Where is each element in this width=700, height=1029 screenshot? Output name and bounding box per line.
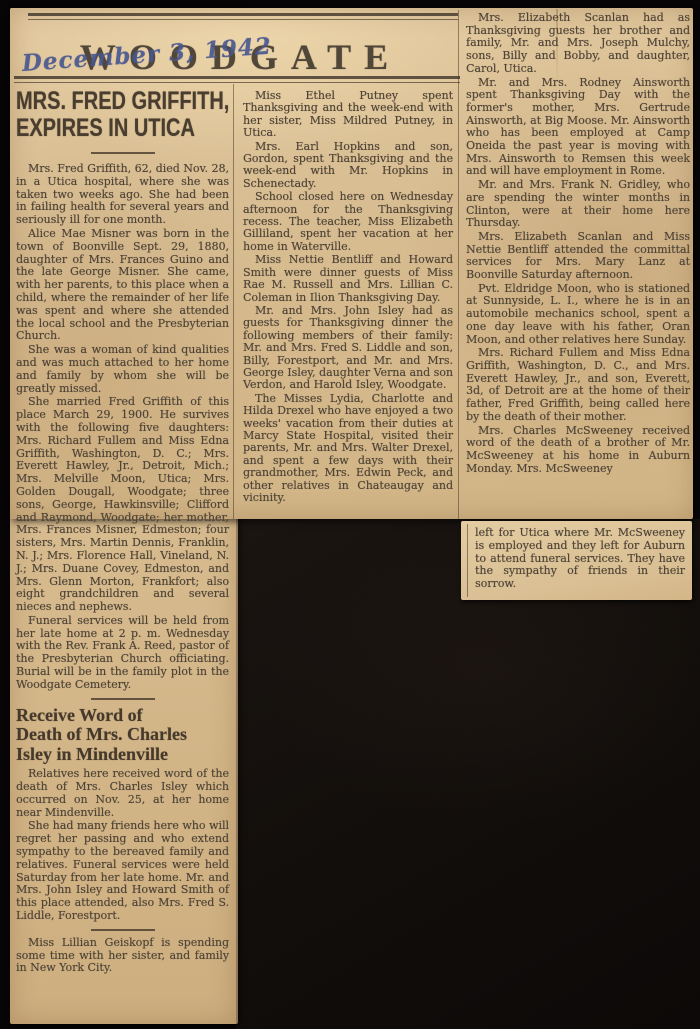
section-divider bbox=[91, 698, 155, 700]
obituary-headline-line: MRS. FRED GRIFFITH, bbox=[16, 88, 186, 115]
article-paragraph: Mrs. Charles McSweeney received word of … bbox=[466, 425, 690, 476]
obituary-headline-line: EXPIRES IN UTICA bbox=[16, 115, 186, 142]
article-paragraph: Alice Mae Misner was born in the town of… bbox=[16, 228, 229, 343]
isley-subheadline: Receive Word of Death of Mrs. Charles Is… bbox=[16, 706, 229, 765]
article-paragraph: Relatives here received word of the deat… bbox=[16, 768, 229, 819]
article-paragraph: Mr. and Mrs. Rodney Ainsworth spent Than… bbox=[466, 77, 690, 179]
article-paragraph: Miss Lillian Geiskopf is spending some t… bbox=[16, 937, 229, 975]
article-paragraph: She married Fred Griffith of this place … bbox=[16, 396, 229, 614]
article-paragraph: Mrs. Elizabeth Scanlan had as Thanksgivi… bbox=[466, 12, 690, 76]
article-paragraph: Mr. and Mrs. John Isley had as guests fo… bbox=[243, 305, 453, 392]
article-paragraph: Mr. and Mrs. Frank N. Gridley, who are s… bbox=[466, 179, 690, 230]
article-paragraph: She had many friends here who will regre… bbox=[16, 820, 229, 922]
clipping-fragment-piece: left for Utica where Mr. McSweeney is em… bbox=[461, 521, 692, 600]
isley-subheadline-line: Receive Word of bbox=[16, 706, 229, 726]
section-divider bbox=[91, 152, 155, 154]
article-paragraph: Mrs. Fred Griffith, 62, died Nov. 28, in… bbox=[16, 163, 229, 227]
masthead-rule-top bbox=[28, 13, 458, 20]
isley-subheadline-line: Isley in Mindenville bbox=[16, 745, 229, 765]
isley-subheadline-line: Death of Mrs. Charles bbox=[16, 725, 229, 745]
article-paragraph: The Misses Lydia, Charlotte and Hilda Dr… bbox=[243, 393, 453, 505]
article-paragraph: Mrs. Elizabeth Scanlan and Miss Nettie B… bbox=[466, 231, 690, 282]
obituary-headline: MRS. FRED GRIFFITH, EXPIRES IN UTICA bbox=[16, 88, 229, 142]
section-divider bbox=[91, 929, 155, 931]
article-paragraph: Miss Nettie Bentliff and Howard Smith we… bbox=[243, 254, 453, 304]
article-column-left: MRS. FRED GRIFFITH, EXPIRES IN UTICA Mrs… bbox=[16, 88, 229, 976]
article-paragraph: Miss Ethel Putney spent Thanksgiving and… bbox=[243, 90, 453, 140]
article-column-middle: Miss Ethel Putney spent Thanksgiving and… bbox=[243, 90, 453, 505]
column-divider-right bbox=[458, 10, 459, 519]
article-paragraph: Pvt. Eldridge Moon, who is stationed at … bbox=[466, 283, 690, 347]
column-divider-left bbox=[233, 84, 234, 519]
article-paragraph: She was a woman of kind qualities and wa… bbox=[16, 344, 229, 395]
fragment-column-rule bbox=[467, 524, 468, 597]
article-paragraph: Mrs. Richard Fullem and Miss Edna Griffi… bbox=[466, 347, 690, 423]
article-paragraph: Mrs. Earl Hopkins and son, Gordon, spent… bbox=[243, 141, 453, 191]
article-column-right: Mrs. Elizabeth Scanlan had as Thanksgivi… bbox=[466, 12, 690, 476]
article-paragraph: School closed here on Wednesday afternoo… bbox=[243, 191, 453, 253]
article-paragraph: Funeral services will be held from her l… bbox=[16, 615, 229, 692]
fragment-paragraph: left for Utica where Mr. McSweeney is em… bbox=[475, 527, 685, 591]
